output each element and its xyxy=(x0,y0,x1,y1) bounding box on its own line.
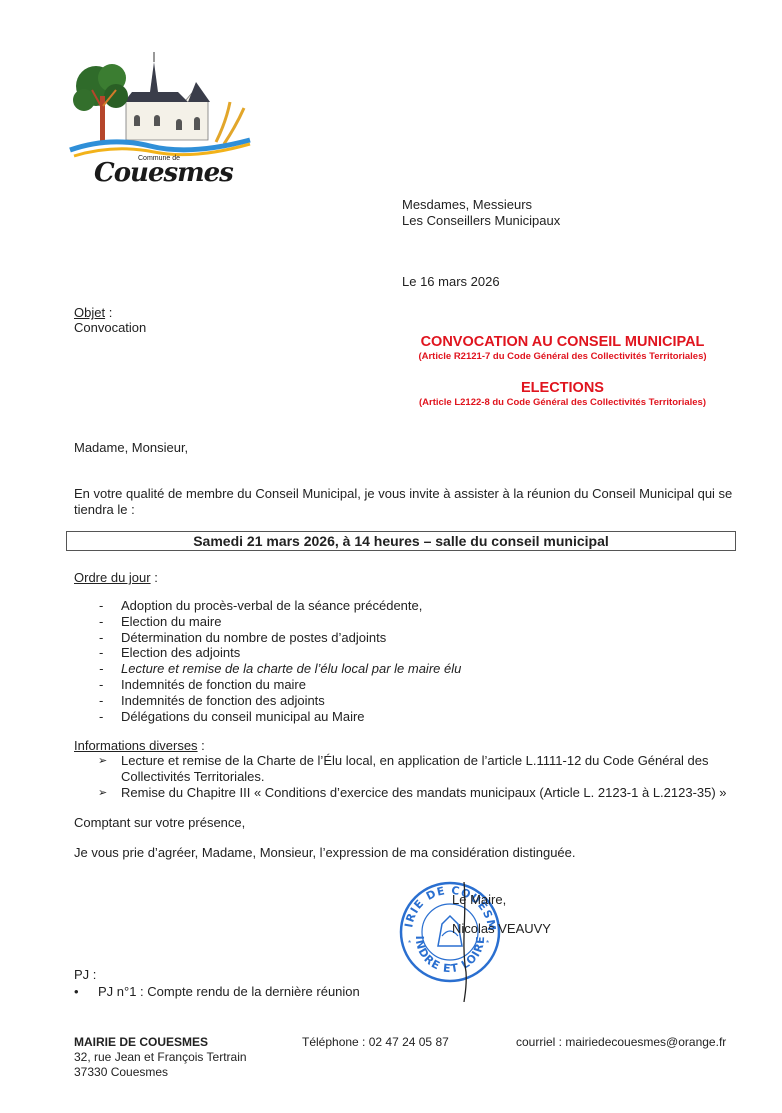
agenda-item: Délégations du conseil municipal au Mair… xyxy=(74,709,461,725)
convocation-heading-block: CONVOCATION AU CONSEIL MUNICIPAL (Articl… xyxy=(395,334,730,363)
meeting-details-box: Samedi 21 mars 2026, à 14 heures – salle… xyxy=(66,531,736,551)
subject-label-separator: : xyxy=(105,305,112,320)
agenda-item: Détermination du nombre de postes d’adjo… xyxy=(74,630,461,646)
agenda-item: Election des adjoints xyxy=(74,645,461,661)
subject-label-text: Objet xyxy=(74,305,105,320)
footer-org: MAIRIE DE COUESMES xyxy=(74,1035,247,1050)
info-label-text: Informations diverses xyxy=(74,738,198,753)
footer-address: MAIRIE DE COUESMES 32, rue Jean et Franç… xyxy=(74,1035,247,1080)
agenda-item: Indemnités de fonction des adjoints xyxy=(74,693,461,709)
recipient-line-1: Mesdames, Messieurs xyxy=(402,197,532,213)
convocation-article-ref: (Article R2121-7 du Code Général des Col… xyxy=(395,351,730,363)
info-list: ➢ Lecture et remise de la Charte de l’Él… xyxy=(74,753,740,801)
subject-value: Convocation xyxy=(74,320,146,336)
agenda-item: Lecture et remise de la charte de l’élu … xyxy=(74,661,461,677)
arrow-bullet-icon: ➢ xyxy=(98,785,107,801)
footer-street: 32, rue Jean et François Tertrain xyxy=(74,1050,247,1065)
elections-article-ref: (Article L2122-8 du Code Général des Col… xyxy=(395,397,730,409)
arrow-bullet-icon: ➢ xyxy=(98,753,107,769)
attachment-item: •PJ n°1 : Compte rendu de la dernière ré… xyxy=(74,984,360,1000)
footer-phone: Téléphone : 02 47 24 05 87 xyxy=(302,1035,449,1050)
subject-label: Objet : xyxy=(74,305,112,321)
closing-formula: Je vous prie d’agréer, Madame, Monsieur,… xyxy=(74,845,576,861)
footer-email[interactable]: courriel : mairiedecouesmes@orange.fr xyxy=(516,1035,726,1050)
info-label: Informations diverses : xyxy=(74,738,205,754)
attachments-label: PJ : xyxy=(74,967,96,983)
svg-text:*: * xyxy=(408,939,411,948)
closing-presence: Comptant sur votre présence, xyxy=(74,815,245,831)
signature-title: Le Maire, xyxy=(452,892,506,908)
intro-paragraph: En votre qualité de membre du Conseil Mu… xyxy=(74,486,734,518)
agenda-item: Indemnités de fonction du maire xyxy=(74,677,461,693)
info-item-text: Lecture et remise de la Charte de l’Élu … xyxy=(121,753,709,784)
salutation: Madame, Monsieur, xyxy=(74,440,188,456)
agenda-label: Ordre du jour : xyxy=(74,570,158,586)
svg-text:INDRE ET LOIRE: INDRE ET LOIRE xyxy=(413,935,487,975)
info-item: ➢ Remise du Chapitre III « Conditions d’… xyxy=(74,785,740,801)
info-item: ➢ Lecture et remise de la Charte de l’Él… xyxy=(74,753,740,785)
signature-name: Nicolas VEAUVY xyxy=(452,921,551,937)
agenda-label-separator: : xyxy=(151,570,158,585)
elections-heading-block: ELECTIONS (Article L2122-8 du Code Génér… xyxy=(395,380,730,409)
recipient-line-2: Les Conseillers Municipaux xyxy=(402,213,560,229)
agenda-item: Election du maire xyxy=(74,614,461,630)
agenda-list: Adoption du procès-verbal de la séance p… xyxy=(74,598,461,724)
elections-title: ELECTIONS xyxy=(395,380,730,397)
convocation-title: CONVOCATION AU CONSEIL MUNICIPAL xyxy=(395,334,730,351)
agenda-item: Adoption du procès-verbal de la séance p… xyxy=(74,598,461,614)
info-item-text: Remise du Chapitre III « Conditions d’ex… xyxy=(121,785,727,800)
agenda-label-text: Ordre du jour xyxy=(74,570,151,585)
attachment-item-text: PJ n°1 : Compte rendu de la dernière réu… xyxy=(98,984,360,999)
svg-text:*: * xyxy=(486,939,489,948)
letter-date: Le 16 mars 2026 xyxy=(402,274,500,290)
logo-caption-large: Couesmes xyxy=(94,158,233,188)
footer-city: 37330 Couesmes xyxy=(74,1065,247,1080)
info-label-separator: : xyxy=(198,738,205,753)
bullet-icon: • xyxy=(74,984,98,1000)
